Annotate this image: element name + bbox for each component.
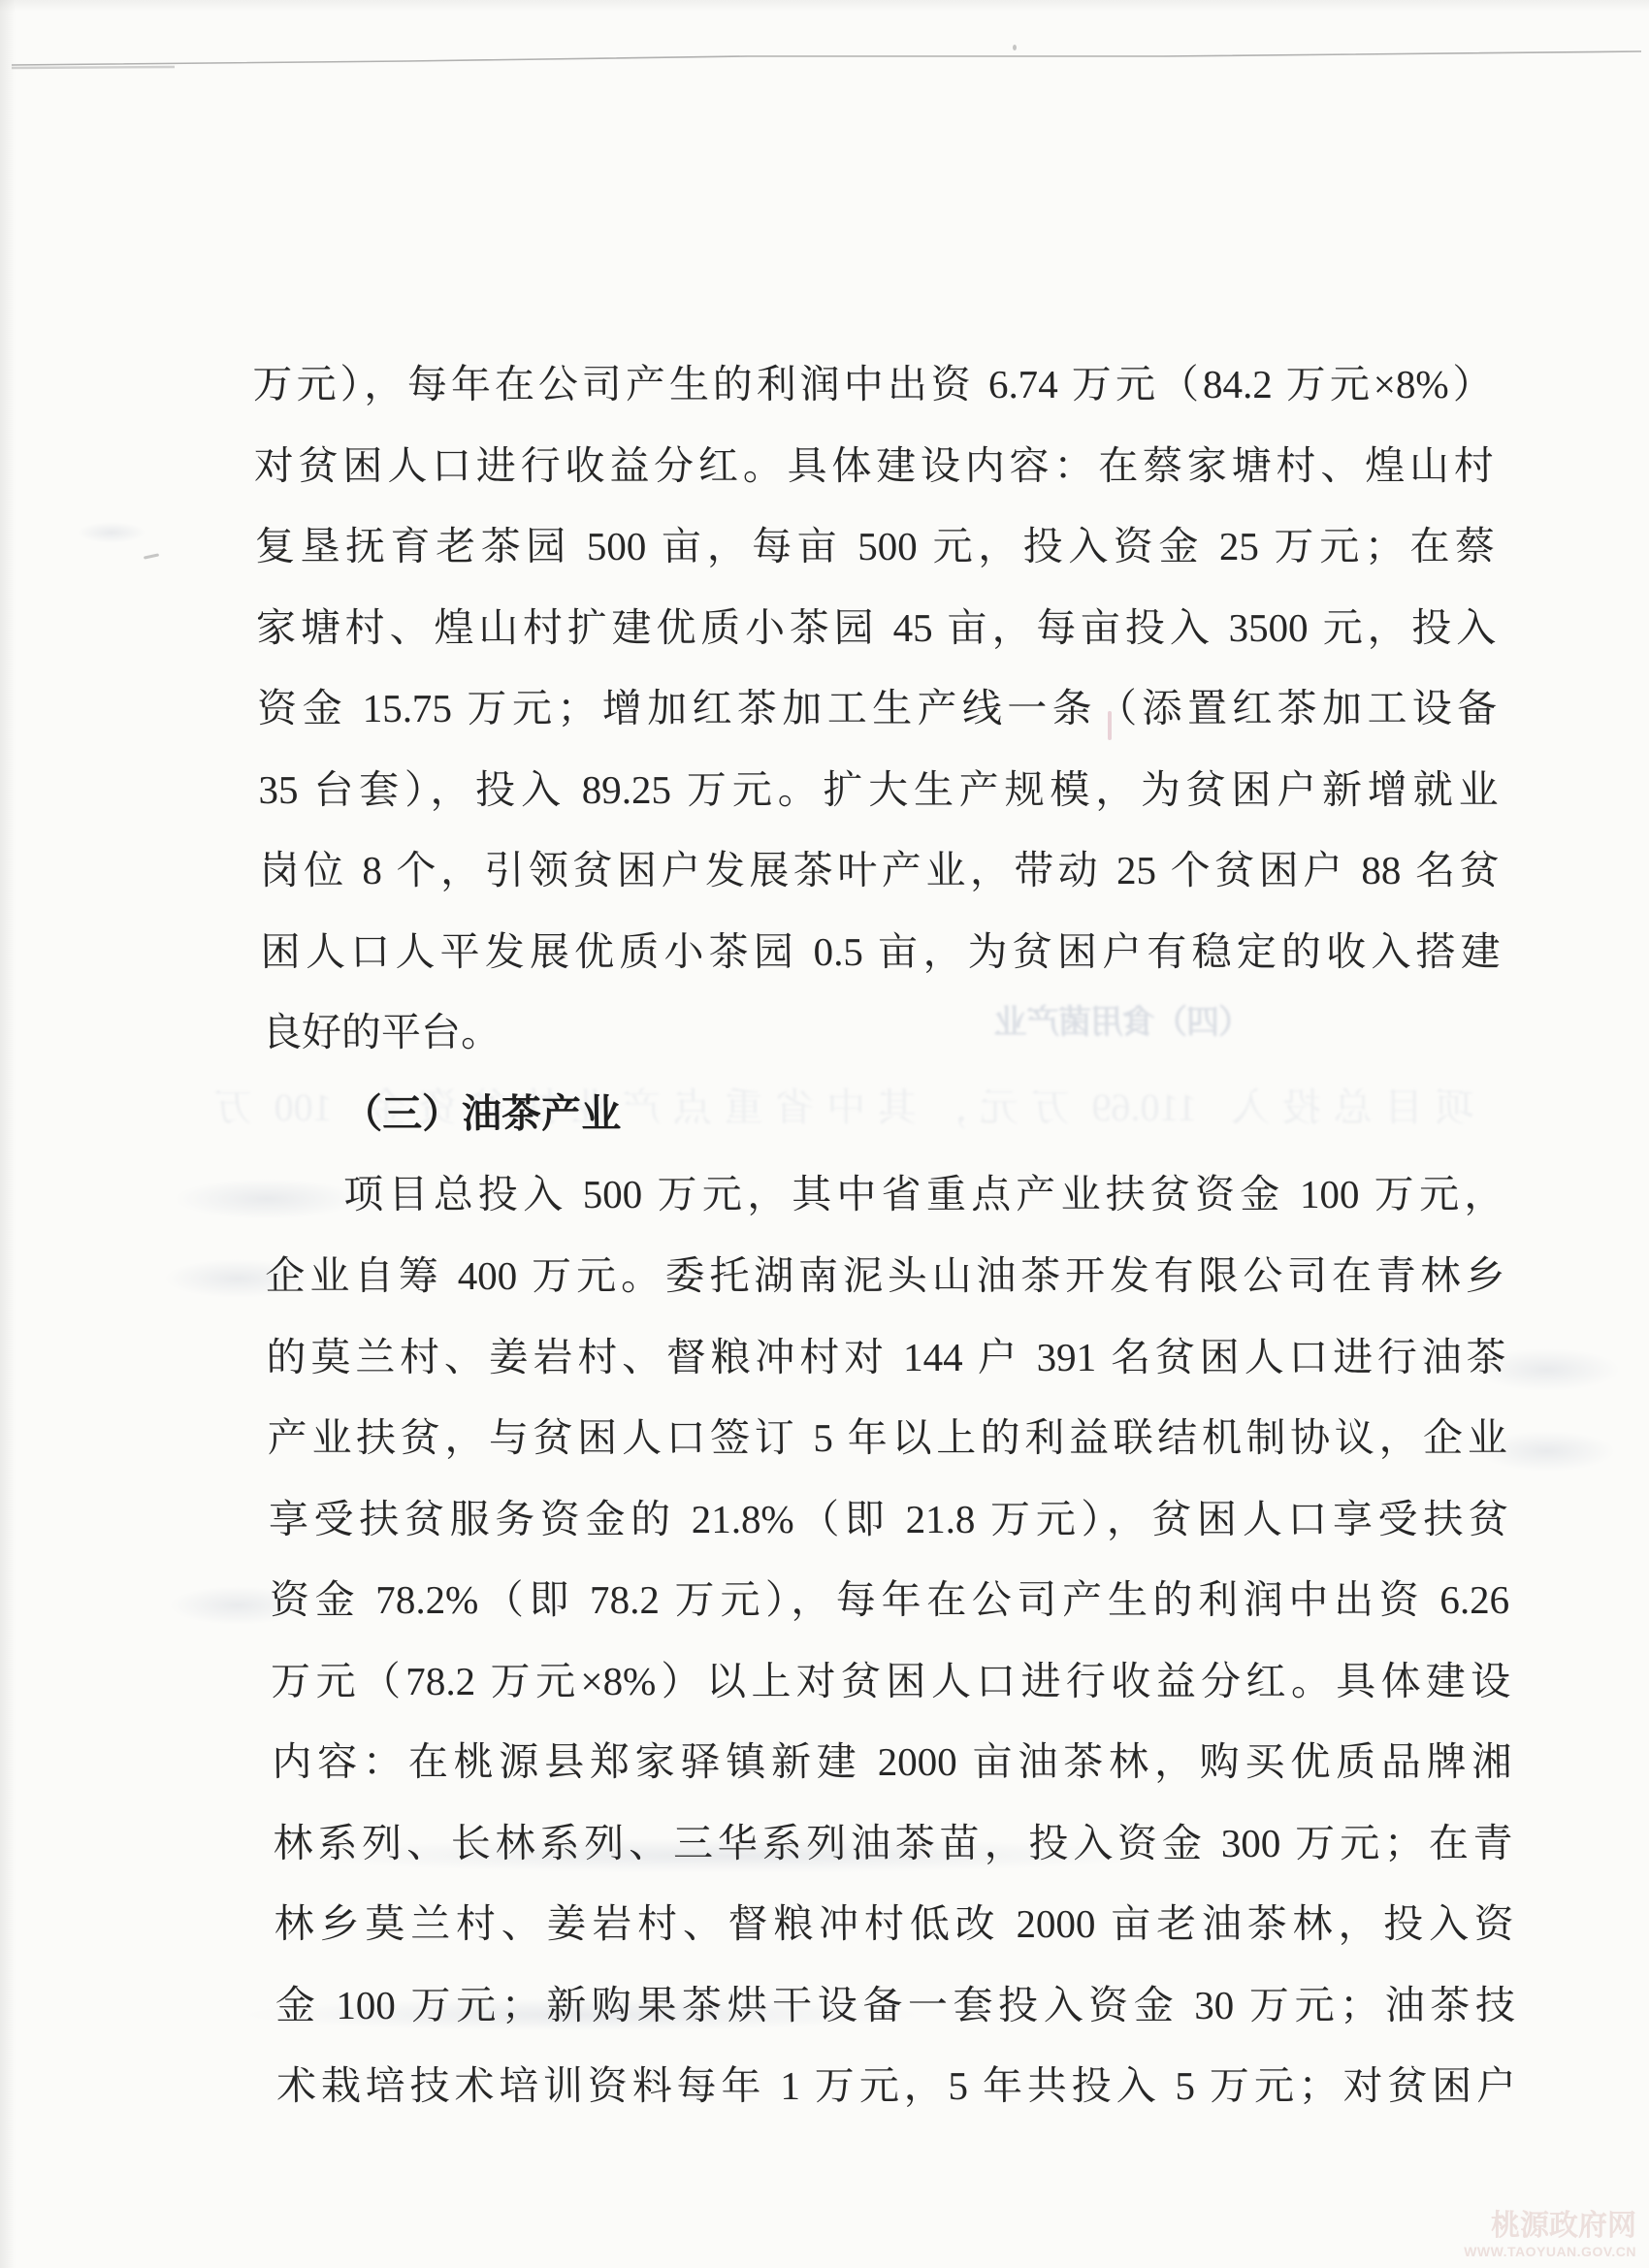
text-line: 资金 78.2%（即 78.2 万元），每年在公司产生的利润中出资 6.26 [269, 1560, 1509, 1641]
text-line: 林乡莫兰村、姜岩村、督粮冲村低改 2000 亩老油茶林，投入资 [274, 1884, 1514, 1965]
site-watermark: 桃源政府网 WWW.TAOYUAN.GOV.CN [1464, 2212, 1636, 2258]
text-line: 项目总投入 500 万元，其中省重点产业扶贫资金 100 万元， [264, 1154, 1504, 1236]
text-line: 林系列、长林系列、三华系列油茶苗，投入资金 300 万元；在青 [273, 1803, 1513, 1885]
text-line: 企业自筹 400 万元。委托湖南泥头山油茶开发有限公司在青林乡 [265, 1236, 1505, 1317]
text-line: 金 100 万元；新购果茶烘干设备一套投入资金 30 万元；油茶技 [275, 1965, 1515, 2047]
text-line: 享受扶贫服务资金的 21.8%（即 21.8 万元），贫困人口享受扶贫 [268, 1479, 1508, 1561]
text-line: 万元（78.2 万元×8%）以上对贫困人口进行收益分红。具体建设 [271, 1641, 1511, 1723]
bleedthrough-smudge [78, 522, 145, 543]
text-line: 术栽培技术培训资料每年 1 万元，5 年共投入 5 万元；对贫困户 [275, 2046, 1516, 2127]
document-text-block: 万元），每年在公司产生的利润中出资 6.74 万元（84.2 万元×8%） 对贫… [252, 344, 1517, 2127]
scan-speck [144, 553, 159, 559]
text-line: 的莫兰村、姜岩村、督粮冲村对 144 户 391 名贫困人口进行油茶 [266, 1317, 1506, 1399]
section-heading: （三）油茶产业 [262, 1074, 1503, 1155]
text-line: 家塘村、煌山村扩建优质小茶园 45 亩，每亩投入 3500 元，投入 [255, 588, 1496, 669]
text-line: 复垦抚育老茶园 500 亩，每亩 500 元，投入资金 25 万元；在蔡 [254, 506, 1495, 588]
text-line: 对贫困人口进行收益分红。具体建设内容：在蔡家塘村、煌山村 [253, 426, 1494, 507]
scan-artifact-line [0, 0, 1649, 87]
text-line: 产业扶贫，与贫困人口签订 5 年以上的利益联结机制协议，企业 [267, 1398, 1507, 1479]
scan-edge-shadow-left [0, 0, 16, 2268]
watermark-site-url: WWW.TAOYUAN.GOV.CN [1464, 2245, 1636, 2258]
text-line: 资金 15.75 万元；增加红茶加工生产线一条（添置红茶加工设备 [257, 668, 1498, 750]
text-line: 岗位 8 个，引领贫困户发展茶叶产业，带动 25 个贫困户 88 名贫 [259, 830, 1500, 912]
text-line: 万元），每年在公司产生的利润中出资 6.74 万元（84.2 万元×8%） [252, 344, 1493, 426]
text-line: 35 台套），投入 89.25 万元。扩大生产规模，为贫困户新增就业 [258, 750, 1499, 831]
watermark-site-name: 桃源政府网 [1464, 2212, 1636, 2241]
scanned-document-page: （四）食用菌产业 项目总投入 110.69 万元，其中省重点产业扶贫资金 100… [0, 0, 1649, 2268]
text-line: 良好的平台。 [261, 992, 1502, 1074]
text-line: 困人口人平发展优质小茶园 0.5 亩，为贫困户有稳定的收入搭建 [260, 912, 1501, 993]
text-line: 内容：在桃源县郑家驿镇新建 2000 亩油茶林，购买优质品牌湘 [272, 1722, 1512, 1803]
